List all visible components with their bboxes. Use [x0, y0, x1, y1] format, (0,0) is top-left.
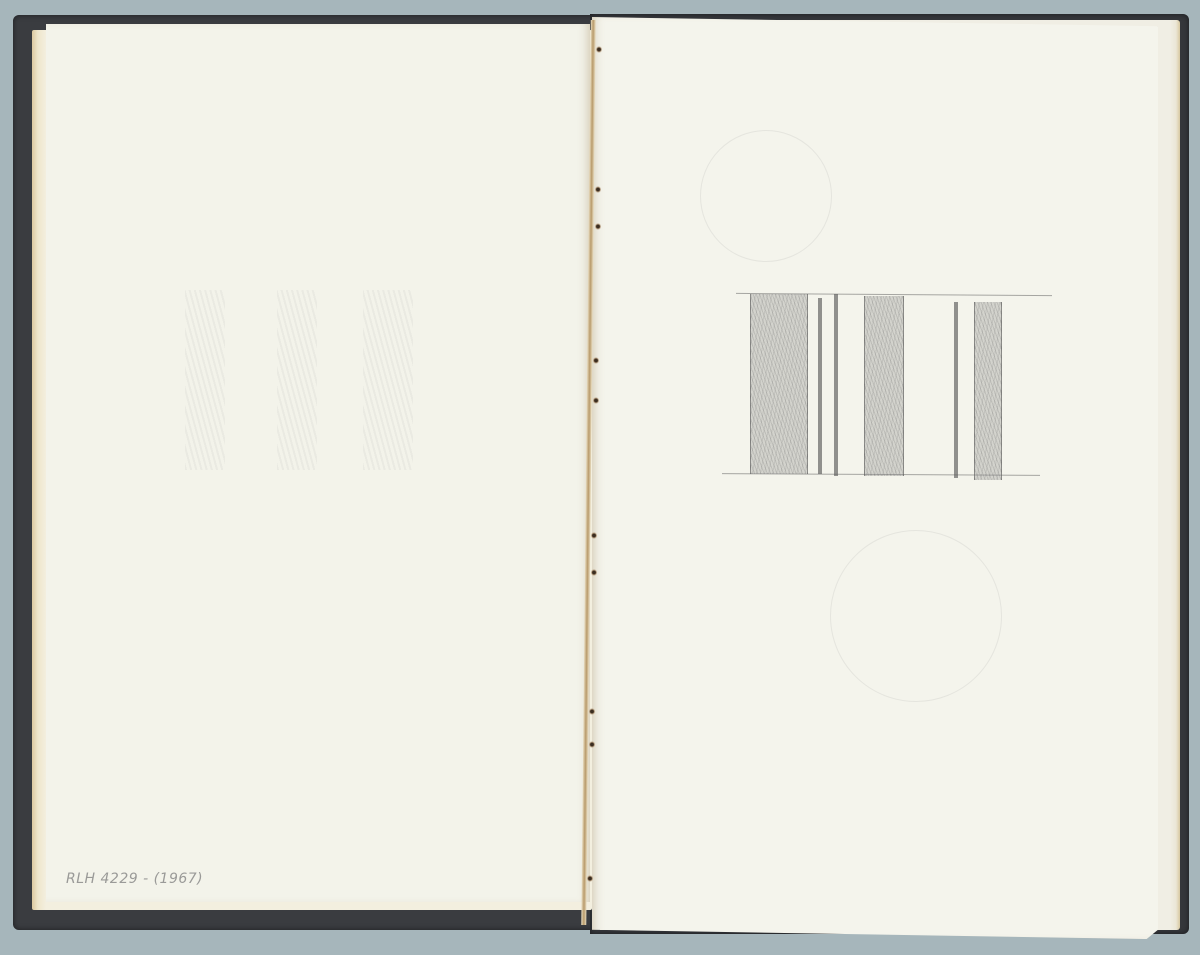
binding-stitch: [591, 569, 597, 576]
sketch-bar-wide: [974, 302, 1002, 480]
binding-stitch: [595, 223, 601, 230]
binding-stitch: [589, 708, 595, 715]
ghost-bar: [185, 290, 225, 470]
sketch-bar-wide: [864, 296, 904, 476]
binding-stitch: [593, 357, 599, 364]
sketch-bar-thin: [818, 298, 822, 474]
binding-stitch: [595, 186, 601, 193]
show-through-ghost-sketch: [185, 290, 415, 470]
binding-stitch: [589, 741, 595, 748]
faint-erased-circle-bottom: [830, 530, 1002, 702]
sketch-bar-wide: [750, 294, 808, 474]
sketch-bar-thin: [954, 302, 958, 478]
sketch-bar-thin: [834, 294, 838, 476]
catalog-annotation: RLH 4229 - (1967): [66, 871, 203, 887]
binding-stitch: [591, 532, 597, 539]
binding-stitch: [587, 875, 593, 882]
binding-stitch: [593, 397, 599, 404]
faint-erased-circle-top: [700, 130, 832, 262]
binding-stitch: [596, 46, 602, 53]
ghost-bar: [277, 290, 317, 470]
ghost-bar: [363, 290, 413, 470]
pencil-bar-sketch: [722, 290, 1052, 480]
